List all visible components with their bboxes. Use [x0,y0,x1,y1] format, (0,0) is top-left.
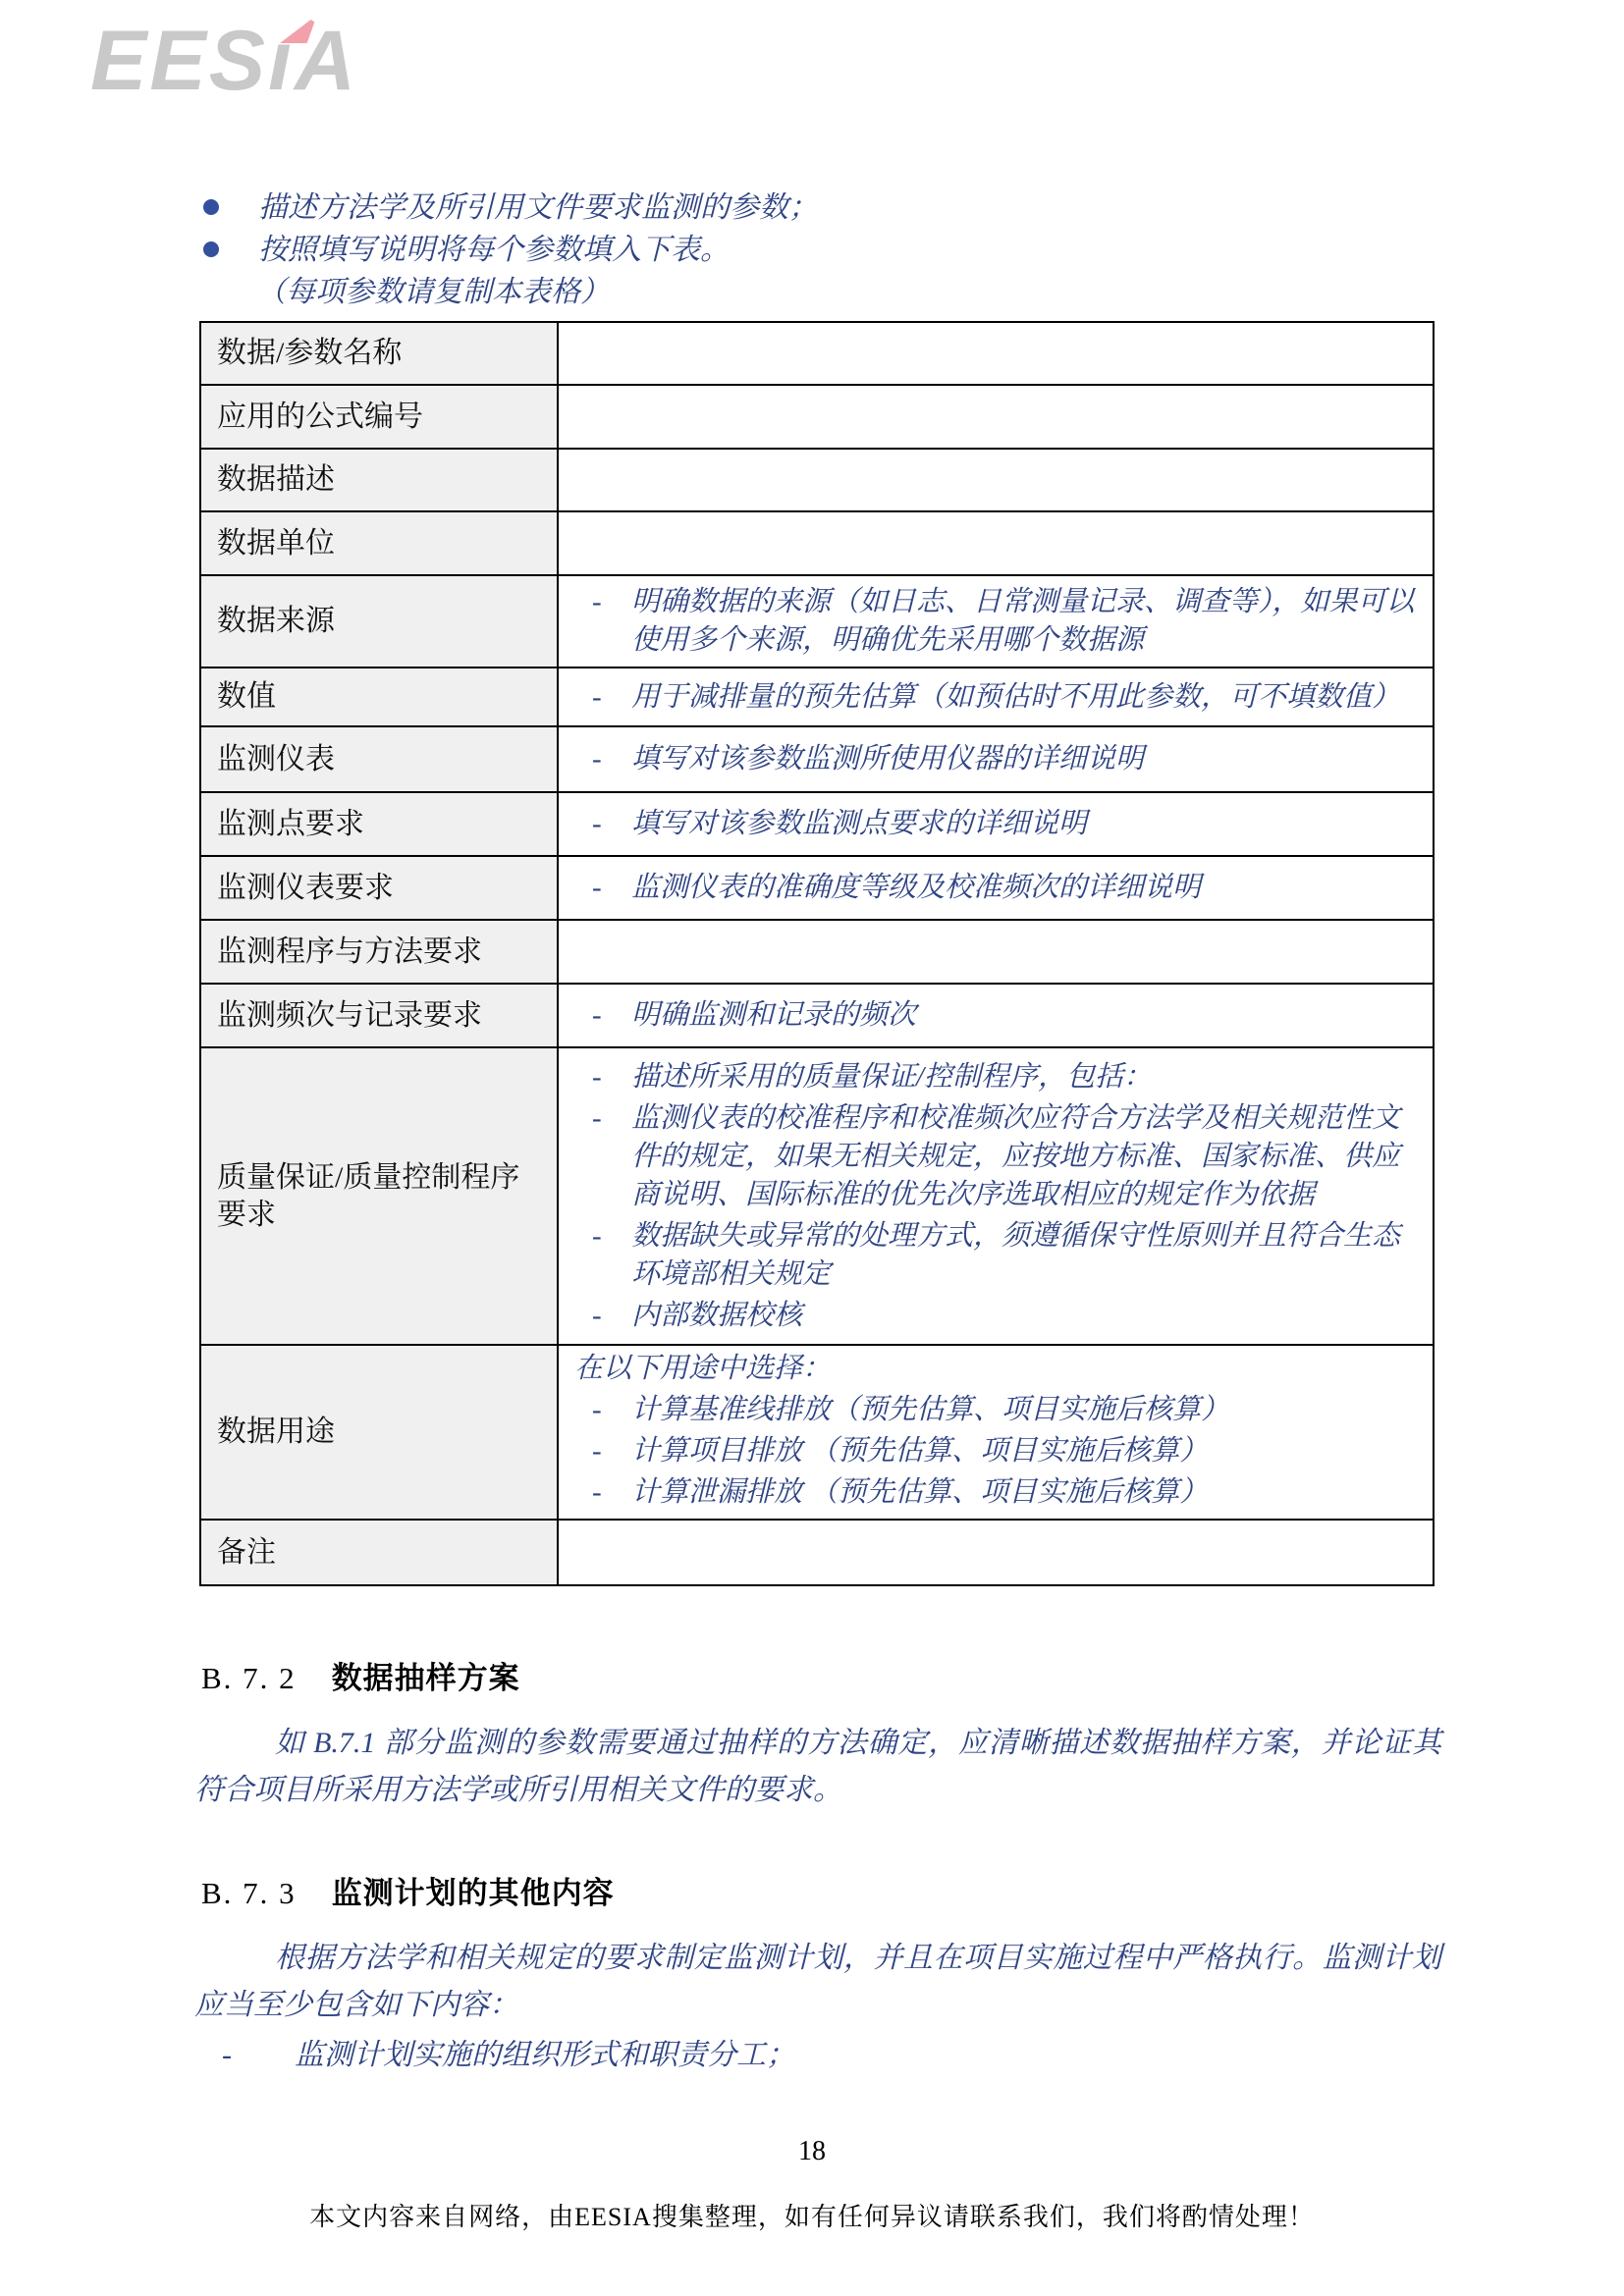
row-value: -明确监测和记录的频次 [558,984,1434,1047]
document-page: EESıA 描述方法学及所引用文件要求监测的参数； 按照填写说明将每个参数填入下… [0,0,1624,2296]
row-label: 监测仪表要求 [200,856,558,920]
row-label: 应用的公式编号 [200,385,558,449]
dash-item: -明确数据的来源（如日志、日常测量记录、调查等），如果可以使用多个来源，明确优先… [567,583,1425,660]
dash-text: 明确数据的来源（如日志、日常测量记录、调查等），如果可以使用多个来源，明确优先采… [631,586,1415,656]
section-number: B. 7. 3 [201,1876,297,1911]
dash-marker: - [592,1391,602,1429]
table-row: 数据用途 在以下用途中选择： -计算基准线排放（预先估算、项目实施后核算） -计… [200,1345,1434,1520]
row-label: 数据用途 [200,1345,558,1520]
row-label: 监测点要求 [200,792,558,856]
intro-bullet-list: 描述方法学及所引用文件要求监测的参数； 按照填写说明将每个参数填入下表。 （每项… [201,187,1330,313]
dash-item: -监测仪表的校准程序和校准频次应符合方法学及相关规范性文件的规定，如果无相关规定… [567,1099,1425,1214]
row-label: 监测仪表 [200,726,558,792]
dash-text: 内部数据校核 [631,1300,802,1331]
dash-text: 描述所采用的质量保证/控制程序，包括： [631,1061,1152,1093]
dash-text: 计算项目排放 （预先估算、项目实施后核算） [631,1435,1208,1467]
table-row: 质量保证/质量控制程序要求 -描述所采用的质量保证/控制程序，包括： -监测仪表… [200,1047,1434,1345]
table-row: 监测仪表 -填写对该参数监测所使用仪器的详细说明 [200,726,1434,792]
dash-item: -计算基准线排放（预先估算、项目实施后核算） [567,1391,1425,1429]
row-label: 数据描述 [200,449,558,511]
table-row: 数值 -用于减排量的预先估算（如预估时不用此参数，可不填数值） [200,667,1434,726]
dash-text: 填写对该参数监测点要求的详细说明 [631,808,1087,839]
table-row: 数据单位 [200,511,1434,575]
section-paragraph: 如 B.7.1 部分监测的参数需要通过抽样的方法确定，应清晰描述数据抽样方案，并… [194,1720,1441,1814]
dash-item: - 监测计划实施的组织形式和职责分工； [194,2034,1441,2077]
dash-text: 填写对该参数监测所使用仪器的详细说明 [631,743,1144,774]
section-title: 数据抽样方案 [332,1653,520,1697]
row-value [558,385,1434,449]
row-label: 监测程序与方法要求 [200,920,558,984]
dash-item: -填写对该参数监测所使用仪器的详细说明 [567,740,1425,778]
table-row: 监测频次与记录要求 -明确监测和记录的频次 [200,984,1434,1047]
row-label: 质量保证/质量控制程序要求 [200,1047,558,1345]
list-item: 描述方法学及所引用文件要求监测的参数； [201,187,1330,229]
table-row: 应用的公式编号 [200,385,1434,449]
dash-marker: - [592,869,602,907]
dash-item: -数据缺失或异常的处理方式，须遵循保守性原则并且符合生态环境部相关规定 [567,1217,1425,1294]
dash-marker: - [592,1473,602,1512]
dash-item: -监测仪表的准确度等级及校准频次的详细说明 [567,869,1425,907]
row-value: -监测仪表的准确度等级及校准频次的详细说明 [558,856,1434,920]
dash-marker: - [592,996,602,1035]
row-value: 在以下用途中选择： -计算基准线排放（预先估算、项目实施后核算） -计算项目排放… [558,1345,1434,1520]
row-value [558,322,1434,385]
dash-item: -内部数据校核 [567,1297,1425,1335]
logo-text-pre: EES [90,14,268,108]
dash-marker: - [592,1217,602,1255]
bullet-icon [203,241,219,257]
row-label: 监测频次与记录要求 [200,984,558,1047]
table-row: 数据描述 [200,449,1434,511]
row-value [558,920,1434,984]
dash-marker: - [592,678,602,717]
row-value [558,449,1434,511]
dash-item: -计算泄漏排放 （预先估算、项目实施后核算） [567,1473,1425,1512]
row-label: 数值 [200,667,558,726]
row-value: -用于减排量的预先估算（如预估时不用此参数，可不填数值） [558,667,1434,726]
row-value: -描述所采用的质量保证/控制程序，包括： -监测仪表的校准程序和校准频次应符合方… [558,1047,1434,1345]
row-value: -填写对该参数监测点要求的详细说明 [558,792,1434,856]
bullet-text: 按照填写说明将每个参数填入下表。 [258,234,730,266]
section-heading-b72: B. 7. 2 数据抽样方案 [201,1653,520,1697]
dash-item: -填写对该参数监测点要求的详细说明 [567,805,1425,843]
dash-marker: - [592,1432,602,1470]
section-heading-b73: B. 7. 3 监测计划的其他内容 [201,1868,615,1912]
dash-text: 监测仪表的准确度等级及校准频次的详细说明 [631,872,1201,903]
dash-item: -用于减排量的预先估算（如预估时不用此参数，可不填数值） [567,678,1425,717]
footer-disclaimer: 本文内容来自网络，由EESIA搜集整理，如有任何异议请联系我们，我们将酌情处理！ [0,2197,1624,2233]
dash-text: 监测计划实施的组织形式和职责分工； [295,2039,795,2071]
section-paragraph: 根据方法学和相关规定的要求制定监测计划，并且在项目实施过程中严格执行。监测计划应… [194,1935,1441,2029]
dash-marker: - [592,1297,602,1335]
section-title: 监测计划的其他内容 [332,1868,615,1912]
row-label: 备注 [200,1520,558,1585]
dash-marker: - [222,2034,232,2077]
dash-text: 计算泄漏排放 （预先估算、项目实施后核算） [631,1476,1208,1508]
dash-marker: - [592,805,602,843]
table-row: 监测仪表要求 -监测仪表的准确度等级及校准频次的详细说明 [200,856,1434,920]
dash-item: -计算项目排放 （预先估算、项目实施后核算） [567,1432,1425,1470]
list-item: 按照填写说明将每个参数填入下表。 [201,229,1330,271]
dash-text: 用于减排量的预先估算（如预估时不用此参数，可不填数值） [631,681,1400,713]
page-number: 18 [0,2136,1624,2167]
row-label: 数据/参数名称 [200,322,558,385]
bullet-icon [203,199,219,215]
dash-item: -描述所采用的质量保证/控制程序，包括： [567,1058,1425,1096]
table-row: 备注 [200,1520,1434,1585]
table-row: 监测点要求 -填写对该参数监测点要求的详细说明 [200,792,1434,856]
logo-dotless-i: ı [268,14,295,108]
parameter-table: 数据/参数名称 应用的公式编号 数据描述 数据单位 数据来源 -明确数据的来源（… [199,321,1435,1586]
dash-text: 计算基准线排放（预先估算、项目实施后核算） [631,1394,1229,1425]
row-label: 数据单位 [200,511,558,575]
row-label: 数据来源 [200,575,558,667]
row-value: -明确数据的来源（如日志、日常测量记录、调查等），如果可以使用多个来源，明确优先… [558,575,1434,667]
cell-intro-text: 在以下用途中选择： [567,1350,1425,1388]
dash-text: 数据缺失或异常的处理方式，须遵循保守性原则并且符合生态环境部相关规定 [631,1220,1400,1290]
dash-text: 明确监测和记录的频次 [631,999,916,1031]
eesia-logo: EESıA [90,14,358,112]
dash-marker: - [592,1099,602,1138]
section-number: B. 7. 2 [201,1661,297,1696]
dash-text: 监测仪表的校准程序和校准频次应符合方法学及相关规范性文件的规定，如果无相关规定，… [631,1102,1400,1210]
table-row: 监测程序与方法要求 [200,920,1434,984]
dash-item: -明确监测和记录的频次 [567,996,1425,1035]
row-value: -填写对该参数监测所使用仪器的详细说明 [558,726,1434,792]
bullet-text: 描述方法学及所引用文件要求监测的参数； [258,191,818,224]
bullet-note: （每项参数请复制本表格） [201,271,1330,313]
dash-marker: - [592,740,602,778]
table-row: 数据/参数名称 [200,322,1434,385]
dash-marker: - [592,583,602,621]
table-row: 数据来源 -明确数据的来源（如日志、日常测量记录、调查等），如果可以使用多个来源… [200,575,1434,667]
row-value [558,511,1434,575]
dash-marker: - [592,1058,602,1096]
row-value [558,1520,1434,1585]
